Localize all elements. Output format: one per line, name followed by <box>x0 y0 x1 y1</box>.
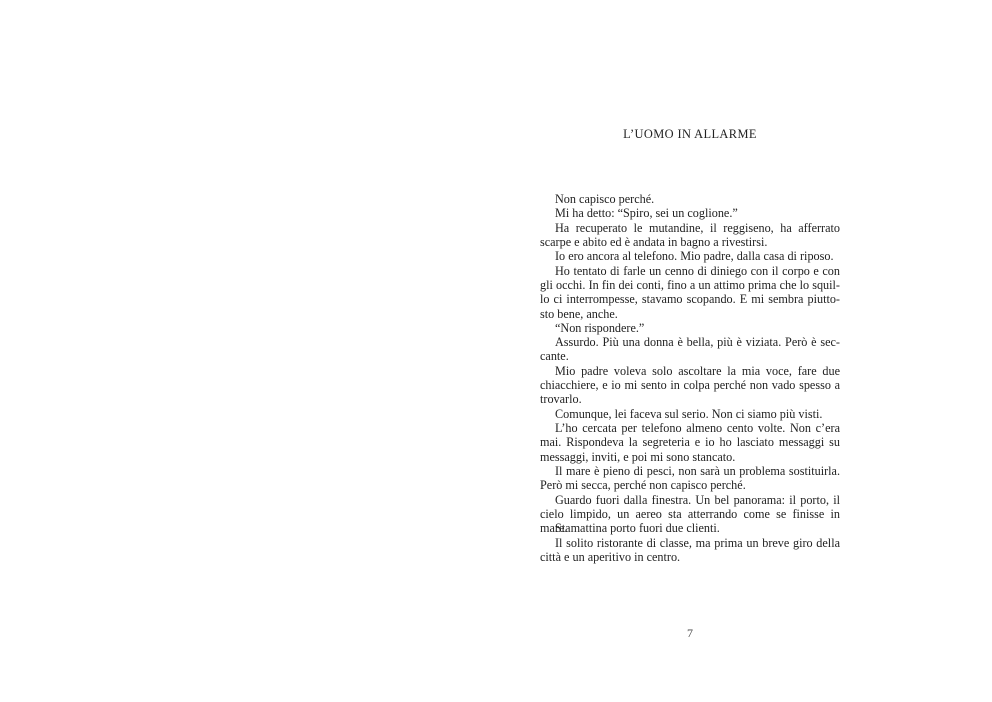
text-line: scarpe e abito ed è andata in bagno a ri… <box>540 235 840 249</box>
text-line: Ha recuperato le mutandine, il reggiseno… <box>540 221 840 235</box>
book-page: L’UOMO IN ALLARME Non capisco perché.Mi … <box>0 0 992 702</box>
text-block: Non capisco perché.Mi ha detto: “Spiro, … <box>540 192 840 564</box>
text-line: Però mi secca, perché non capisco perché… <box>540 478 840 492</box>
text-line: Ho tentato di farle un cenno di diniego … <box>540 264 840 278</box>
text-line: Assurdo. Più una donna è bella, più è vi… <box>540 335 840 349</box>
text-line: “Non rispondere.” <box>540 321 840 335</box>
text-line: gli occhi. In fin dei conti, fino a un a… <box>540 278 840 292</box>
text-line: Il solito ristorante di classe, ma prima… <box>540 536 840 550</box>
text-line: Mi ha detto: “Spiro, sei un coglione.” <box>540 206 840 220</box>
text-line: Mio padre voleva solo ascoltare la mia v… <box>540 364 840 378</box>
text-line: L’ho cercata per telefono almeno cento v… <box>540 421 840 435</box>
text-line: Il mare è pieno di pesci, non sarà un pr… <box>540 464 840 478</box>
text-line: Stamattina porto fuori due clienti. <box>540 521 840 535</box>
text-line: Non capisco perché. <box>540 192 840 206</box>
text-line: città e un aperitivo in centro. <box>540 550 840 564</box>
text-line: Io ero ancora al telefono. Mio padre, da… <box>540 249 840 263</box>
text-line: messaggi, inviti, e poi mi sono stancato… <box>540 450 840 464</box>
text-line: Comunque, lei faceva sul serio. Non ci s… <box>540 407 840 421</box>
text-line: chiacchiere, e io mi sento in colpa perc… <box>540 378 840 392</box>
text-line: lo ci interrompesse, stavamo scopando. E… <box>540 292 840 306</box>
text-line: trovarlo. <box>540 392 840 406</box>
text-line: Guardo fuori dalla finestra. Un bel pano… <box>540 493 840 507</box>
text-line: cante. <box>540 349 840 363</box>
running-head: L’UOMO IN ALLARME <box>540 127 840 141</box>
text-line: cielo limpido, un aereo sta atterrando c… <box>540 507 840 521</box>
text-line: sto bene, anche. <box>540 307 840 321</box>
page-number: 7 <box>540 626 840 641</box>
text-line: mai. Rispondeva la segreteria e io ho la… <box>540 435 840 449</box>
